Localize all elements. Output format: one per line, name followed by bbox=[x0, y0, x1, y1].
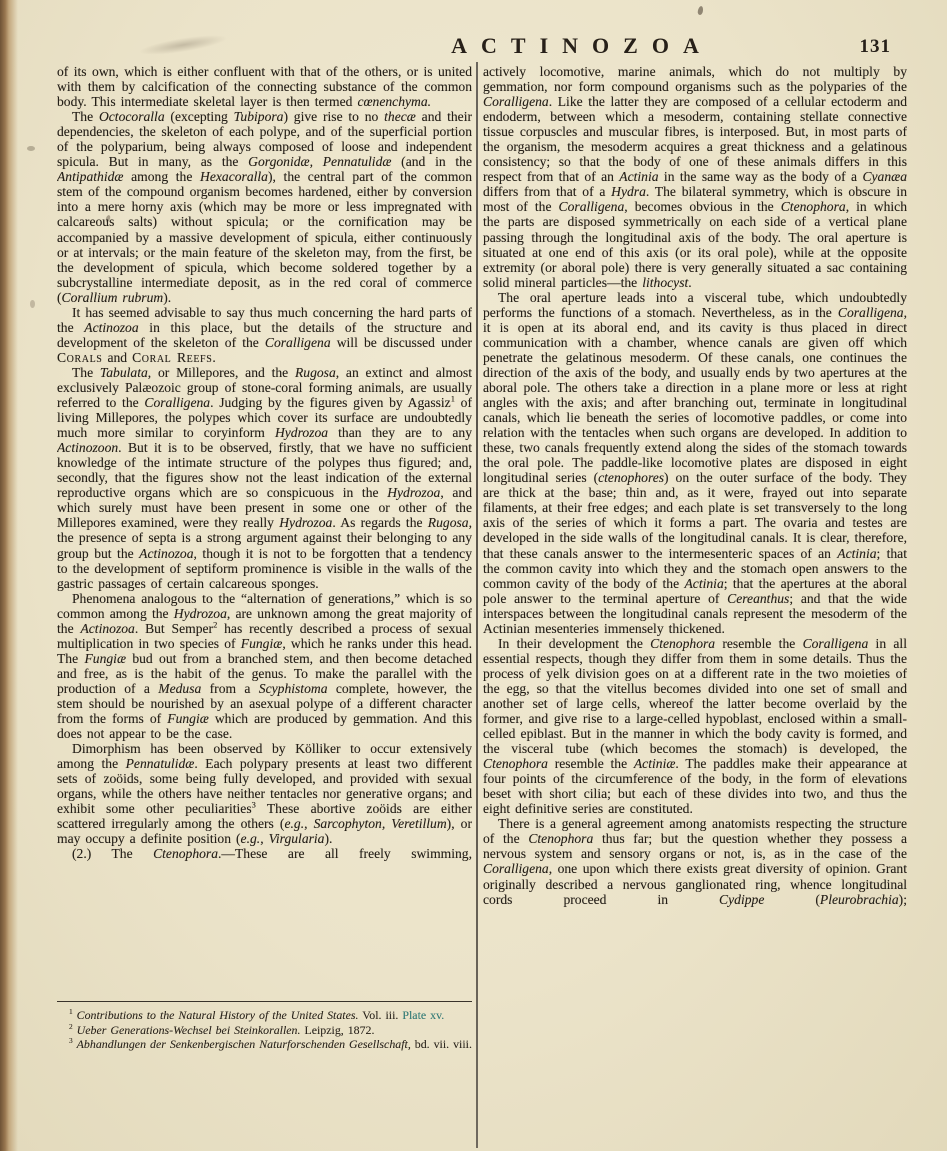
text-segment-i: Scyphistoma bbox=[259, 681, 328, 696]
text-segment-i: Actinozoa bbox=[139, 546, 193, 561]
text-segment-i: Actinozoa bbox=[84, 320, 138, 335]
column-divider-rule bbox=[476, 62, 478, 1148]
text-segment-i: Ctenophora bbox=[650, 636, 715, 651]
text-segment-i: Hydrozoa bbox=[275, 425, 328, 440]
margin-speck bbox=[30, 300, 35, 308]
text-segment-i: Hydra bbox=[611, 184, 646, 199]
paragraph: actively locomotive, marine animals, whi… bbox=[483, 64, 907, 290]
text-segment: differs from that of a bbox=[483, 184, 611, 199]
text-segment-i: Actinia bbox=[619, 169, 658, 184]
text-segment: . bbox=[688, 275, 691, 290]
text-segment-i: Cydippe bbox=[719, 892, 764, 907]
text-segment-i: Actinia bbox=[837, 546, 876, 561]
text-segment: , it is open at its aboral end, and its … bbox=[483, 305, 907, 486]
text-segment-i: Virgularia bbox=[269, 831, 325, 846]
text-segment-i: Tabulata bbox=[100, 365, 148, 380]
text-segment-i: Actinozoa bbox=[80, 621, 134, 636]
text-segment: in the same way as the body of a bbox=[659, 169, 863, 184]
text-segment: resemble the bbox=[715, 636, 802, 651]
text-segment: ). bbox=[163, 290, 171, 305]
text-segment-i: Gorgonidæ, Pennatulidæ bbox=[248, 154, 391, 169]
paragraph: The oral aperture leads into a visceral … bbox=[483, 290, 907, 636]
text-segment: from a bbox=[201, 681, 258, 696]
text-segment: Vol. iii. bbox=[359, 1008, 403, 1022]
text-segment: actively locomotive, marine animals, whi… bbox=[483, 64, 907, 94]
text-segment-i: Sarcophyton, Veretillum bbox=[314, 816, 447, 831]
text-segment: , or Millepores, and the bbox=[148, 365, 295, 380]
left-column: of its own, which is either confluent wi… bbox=[57, 64, 472, 1001]
text-segment: among the bbox=[123, 169, 200, 184]
paragraph: The Octocoralla (excepting Tubipora) giv… bbox=[57, 109, 472, 305]
text-segment-i: e.g. bbox=[284, 816, 304, 831]
text-segment: . But Semper bbox=[135, 621, 213, 636]
text-segment-sc: Corals bbox=[57, 350, 102, 365]
text-segment: The bbox=[72, 109, 99, 124]
text-segment: Leipzig, 1872. bbox=[300, 1023, 374, 1037]
text-segment-i: Tubipora bbox=[234, 109, 284, 124]
text-segment-i: Coralligena bbox=[265, 335, 331, 350]
text-segment: ) give rise to no bbox=[283, 109, 384, 124]
text-segment-i: Hydrozoa bbox=[279, 515, 332, 530]
text-segment-i: Medusa bbox=[158, 681, 201, 696]
text-segment-i: cœnenchyma. bbox=[357, 94, 431, 109]
paragraph: It has seemed advisable to say thus much… bbox=[57, 305, 472, 365]
text-segment-i: Fungiæ bbox=[84, 651, 126, 666]
text-segment-i: thecæ bbox=[384, 109, 416, 124]
text-segment-i: Coralligena bbox=[144, 395, 210, 410]
text-segment: (and in the bbox=[391, 154, 472, 169]
text-segment-i: Hydrozoa bbox=[387, 485, 440, 500]
text-segment-i: Octocoralla bbox=[99, 109, 165, 124]
paragraph: The Tabulata, or Millepores, and the Rug… bbox=[57, 365, 472, 591]
text-segment: and bbox=[102, 350, 132, 365]
text-segment-i: e.g. bbox=[241, 831, 261, 846]
text-segment: ), the central part of the common stem o… bbox=[57, 169, 472, 304]
text-segment: (excepting bbox=[165, 109, 234, 124]
text-segment: . As regards the bbox=[332, 515, 427, 530]
text-segment: , becomes obvious in the bbox=[624, 199, 780, 214]
margin-speck bbox=[27, 146, 35, 151]
ink-speck bbox=[697, 6, 704, 16]
right-column: actively locomotive, marine animals, whi… bbox=[483, 64, 907, 1147]
paragraph: In their development the Ctenophora rese… bbox=[483, 636, 907, 817]
paragraph: 2 Ueber Generations-Wechsel bei Steinkor… bbox=[57, 1024, 472, 1038]
text-segment-teal: Plate xv. bbox=[402, 1008, 444, 1022]
text-segment: than they are to any bbox=[328, 425, 472, 440]
page-number: 131 bbox=[860, 36, 892, 58]
paragraph: (2.) The Ctenophora.—These are all freel… bbox=[57, 846, 472, 861]
text-segment: . bbox=[212, 350, 215, 365]
pencil-smudge bbox=[137, 31, 228, 59]
text-segment: in all essential respects, though they d… bbox=[483, 636, 907, 756]
text-segment-i: ctenophores bbox=[598, 470, 664, 485]
footnotes-block: 1 Contributions to the Natural History o… bbox=[57, 1001, 472, 1053]
text-segment-i: Coralligena bbox=[559, 199, 625, 214]
text-segment: ); bbox=[899, 892, 907, 907]
text-segment-i: Actinozoon bbox=[57, 440, 118, 455]
paragraph: Dimorphism has been observed by Kölliker… bbox=[57, 741, 472, 846]
text-segment: , bbox=[260, 831, 268, 846]
text-segment-i: Ctenophora bbox=[528, 831, 593, 846]
text-segment-i: Abhandlungen der Senkenbergischen Naturf… bbox=[77, 1037, 411, 1051]
text-segment-i: Pleurobrachia bbox=[820, 892, 899, 907]
scanned-page: ACTINOZOA 131 of its own, which is eithe… bbox=[0, 0, 947, 1151]
text-segment: . Judging by the figures given by Agassi… bbox=[210, 395, 451, 410]
text-segment-i: Ctenophora bbox=[781, 199, 846, 214]
text-segment: (2.) The bbox=[72, 846, 153, 861]
text-segment-i: Actinia bbox=[684, 576, 723, 591]
text-segment: ( bbox=[764, 892, 820, 907]
text-segment: resemble the bbox=[548, 756, 634, 771]
text-segment-i: Hexacoralla bbox=[200, 169, 268, 184]
text-segment-i: Fungiæ bbox=[241, 636, 283, 651]
text-segment-i: Ctenophora bbox=[483, 756, 548, 771]
text-segment-i: Antipathidæ bbox=[57, 169, 123, 184]
text-segment: ). bbox=[324, 831, 332, 846]
text-segment-i: Pennatulidæ bbox=[126, 756, 195, 771]
text-segment-i: Fungiæ bbox=[167, 711, 209, 726]
text-segment-i: lithocyst bbox=[642, 275, 688, 290]
paragraph: There is a general agreement among anato… bbox=[483, 816, 907, 906]
page-title: ACTINOZOA bbox=[451, 33, 713, 59]
text-segment: will be discussed under bbox=[331, 335, 472, 350]
text-segment-i: Coralligena bbox=[483, 861, 549, 876]
text-segment-i: Rugosa bbox=[295, 365, 336, 380]
text-segment-sc: Coral Reefs bbox=[132, 350, 212, 365]
text-segment-i: Hydrozoa bbox=[174, 606, 227, 621]
text-segment: .—These are all freely swimming, bbox=[218, 846, 472, 861]
text-segment-i: Ueber Generations-Wechsel bei Steinkoral… bbox=[77, 1023, 301, 1037]
paragraph: of its own, which is either confluent wi… bbox=[57, 64, 472, 109]
text-segment-i: Ctenophora bbox=[153, 846, 218, 861]
text-segment-i: Cyanæa bbox=[862, 169, 907, 184]
text-segment-i: Coralligena bbox=[838, 305, 904, 320]
text-segment: In their development the bbox=[498, 636, 650, 651]
text-segment: , bbox=[304, 816, 314, 831]
text-segment-i: Corallium rubrum bbox=[62, 290, 164, 305]
paragraph: Phenomena analogous to the “alternation … bbox=[57, 591, 472, 741]
text-segment-i: Contributions to the Natural History of … bbox=[77, 1008, 359, 1022]
text-segment: The bbox=[72, 365, 100, 380]
text-segment-i: Rugosa bbox=[428, 515, 469, 530]
text-segment-i: Actiniæ bbox=[634, 756, 676, 771]
text-segment-i: Cereanthus bbox=[727, 591, 789, 606]
text-segment: bd. vii. viii. bbox=[411, 1037, 472, 1051]
paragraph: 3 Abhandlungen der Senkenbergischen Natu… bbox=[57, 1038, 472, 1052]
text-segment-i: Coralligena bbox=[803, 636, 869, 651]
text-segment-i: Coralligena bbox=[483, 94, 549, 109]
paragraph: 1 Contributions to the Natural History o… bbox=[57, 1009, 472, 1023]
